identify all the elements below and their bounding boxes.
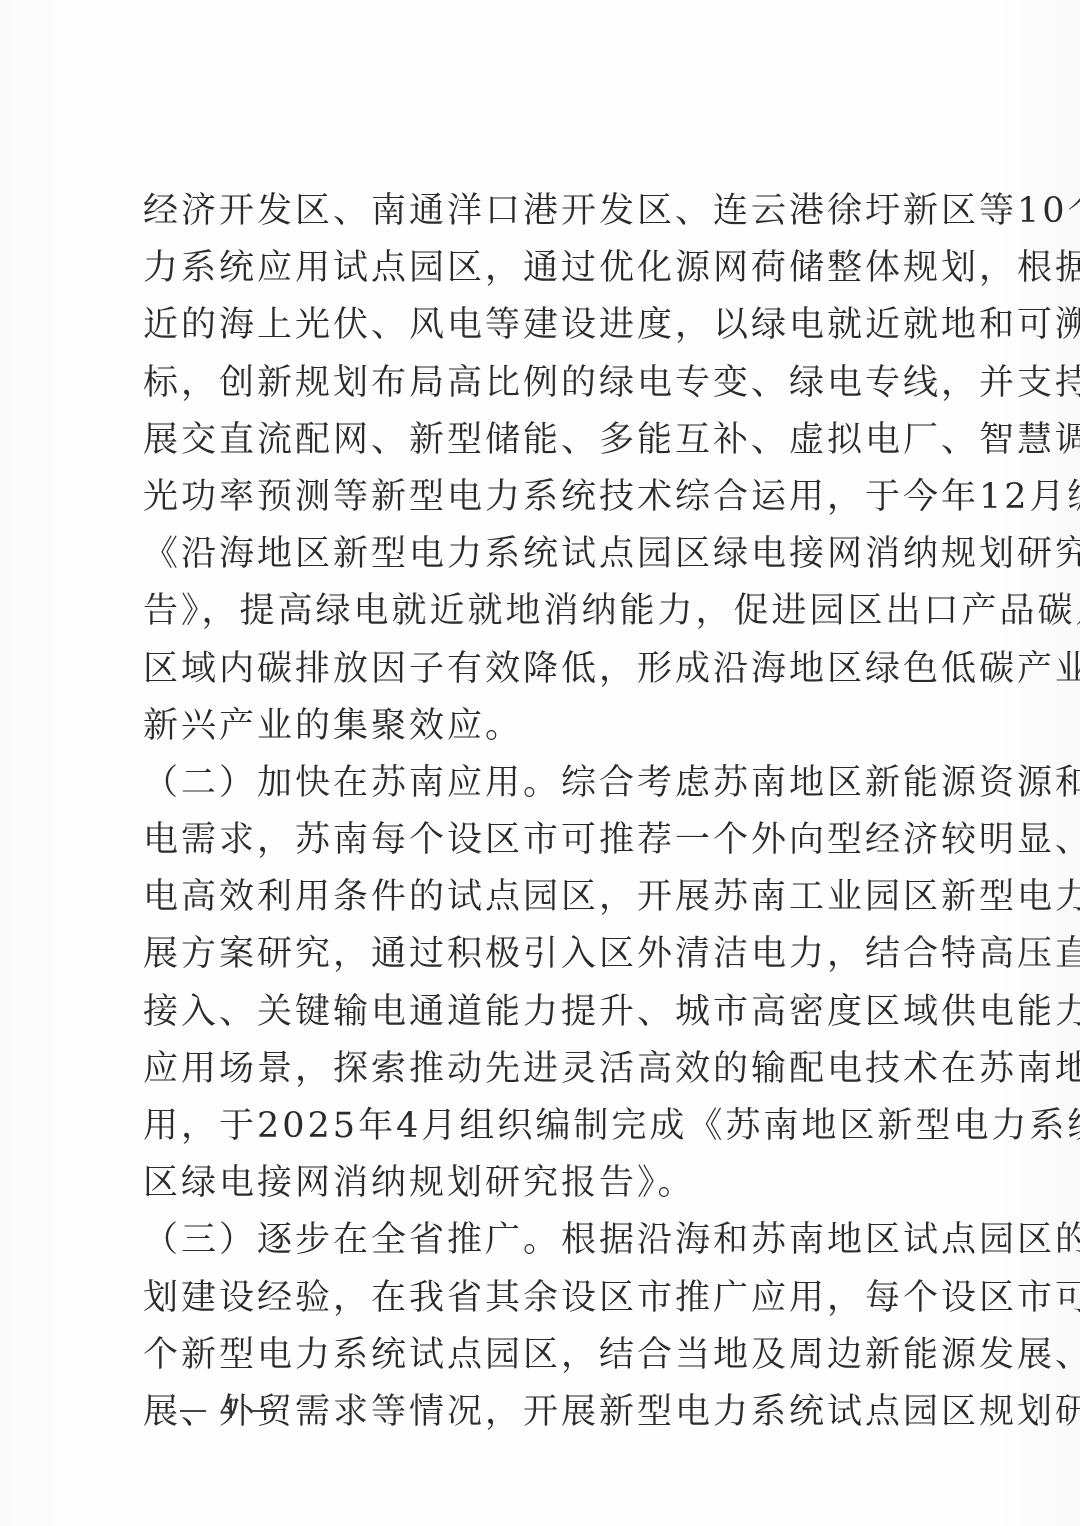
paragraph-section-2: （二）加快在苏南应用。综合考虑苏南地区新能源资源和绿 电需求，苏南每个设区市可推… (143, 755, 947, 1213)
text-line: 区域内碳排放因子有效降低，形成沿海地区绿色低碳产业、战略 (143, 641, 947, 698)
text-line: 电需求，苏南每个设区市可推荐一个外向型经济较明显、具备绿 (143, 812, 947, 869)
page-number-dash-left (180, 1410, 206, 1412)
text-line: 展交直流配网、新型储能、多能互补、虚拟电厂、智慧调控、风 (143, 412, 947, 469)
text-line: 划建设经验，在我省其余设区市推广应用，每个设区市可推荐一 (143, 1270, 947, 1327)
text-line: 个新型电力系统试点园区，结合当地及周边新能源发展、产业发 (143, 1327, 947, 1384)
text-line: 用，于2025年4月组织编制完成《苏南地区新型电力系统试点园 (143, 1098, 947, 1155)
page-number: 4 (166, 1392, 291, 1426)
text-line: 电高效利用条件的试点园区，开展苏南工业园区新型电力系统发 (143, 869, 947, 926)
paragraph-coastal-continuation: 经济开发区、南通洋口港开发区、连云港徐圩新区等10个新型电 力系统应用试点园区，… (143, 183, 947, 755)
text-line: 近的海上光伏、风电等建设进度，以绿电就近就地和可溯源为目 (143, 297, 947, 354)
text-line: 标，创新规划布局高比例的绿电专变、绿电专线，并支持园区开 (143, 355, 947, 412)
text-line: 接入、关键输电通道能力提升、城市高密度区域供电能力提升等 (143, 984, 947, 1041)
text-line: 区绿电接网消纳规划研究报告》。 (143, 1155, 947, 1212)
text-line: 力系统应用试点园区，通过优化源网荷储整体规划，根据园区附 (143, 240, 947, 297)
page-number-dash-right (251, 1410, 277, 1412)
text-line: 《沿海地区新型电力系统试点园区绿电接网消纳规划研究报 (143, 526, 947, 583)
text-line: 应用场景，探索推动先进灵活高效的输配电技术在苏南地区应 (143, 1041, 947, 1098)
section-heading-line: （二）加快在苏南应用。综合考虑苏南地区新能源资源和绿 (143, 755, 947, 812)
section-heading-line: （三）逐步在全省推广。根据沿海和苏南地区试点园区的规 (143, 1212, 947, 1269)
document-page: 经济开发区、南通洋口港开发区、连云港徐圩新区等10个新型电 力系统应用试点园区，… (0, 0, 1080, 1526)
document-body: 经济开发区、南通洋口港开发区、连云港徐圩新区等10个新型电 力系统应用试点园区，… (143, 183, 947, 1441)
text-line: 新兴产业的集聚效应。 (143, 698, 947, 755)
text-line: 光功率预测等新型电力系统技术综合运用，于今年12月编制完成 (143, 469, 947, 526)
text-line: 展方案研究，通过积极引入区外清洁电力，结合特高压直流受端 (143, 926, 947, 983)
text-line: 经济开发区、南通洋口港开发区、连云港徐圩新区等10个新型电 (143, 183, 947, 240)
text-line: 告》，提高绿电就近就地消纳能力，促进园区出口产品碳足迹及 (143, 583, 947, 640)
page-number-value: 4 (220, 1392, 237, 1425)
